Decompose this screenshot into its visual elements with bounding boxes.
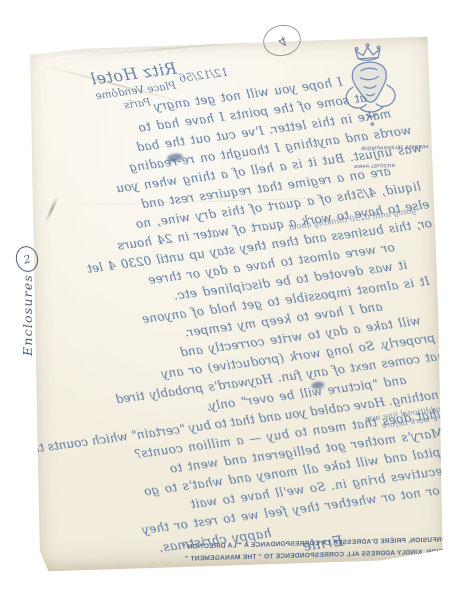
letter-photo: { "letter": { "page_number": "4", "date"… [0, 0, 470, 599]
letter-body: I hope you will not get angry at some of… [26, 63, 445, 571]
enclosures-count-circle: 2 [13, 244, 41, 275]
handwriting-layer: Ritz Hotel Place Vendôme Paris 12/12/56 … [26, 36, 445, 571]
enclosures-label: Enclosures [20, 274, 35, 356]
handwriting-mirror: Ritz Hotel Place Vendôme Paris 12/12/56 … [26, 36, 445, 571]
enclosures-count: 2 [22, 252, 32, 266]
page-number: 4 [275, 32, 288, 49]
letter-sheet: ADRESSE TÉLÉGRAPHIQUE RITZOTEL-PARIS Rit… [26, 36, 445, 571]
footer-english-text: IN ORDER TO AVOID CONFUSION, KINDLY ADDR… [185, 545, 445, 563]
enclosures-annotation: 2 Enclosures [16, 246, 38, 356]
